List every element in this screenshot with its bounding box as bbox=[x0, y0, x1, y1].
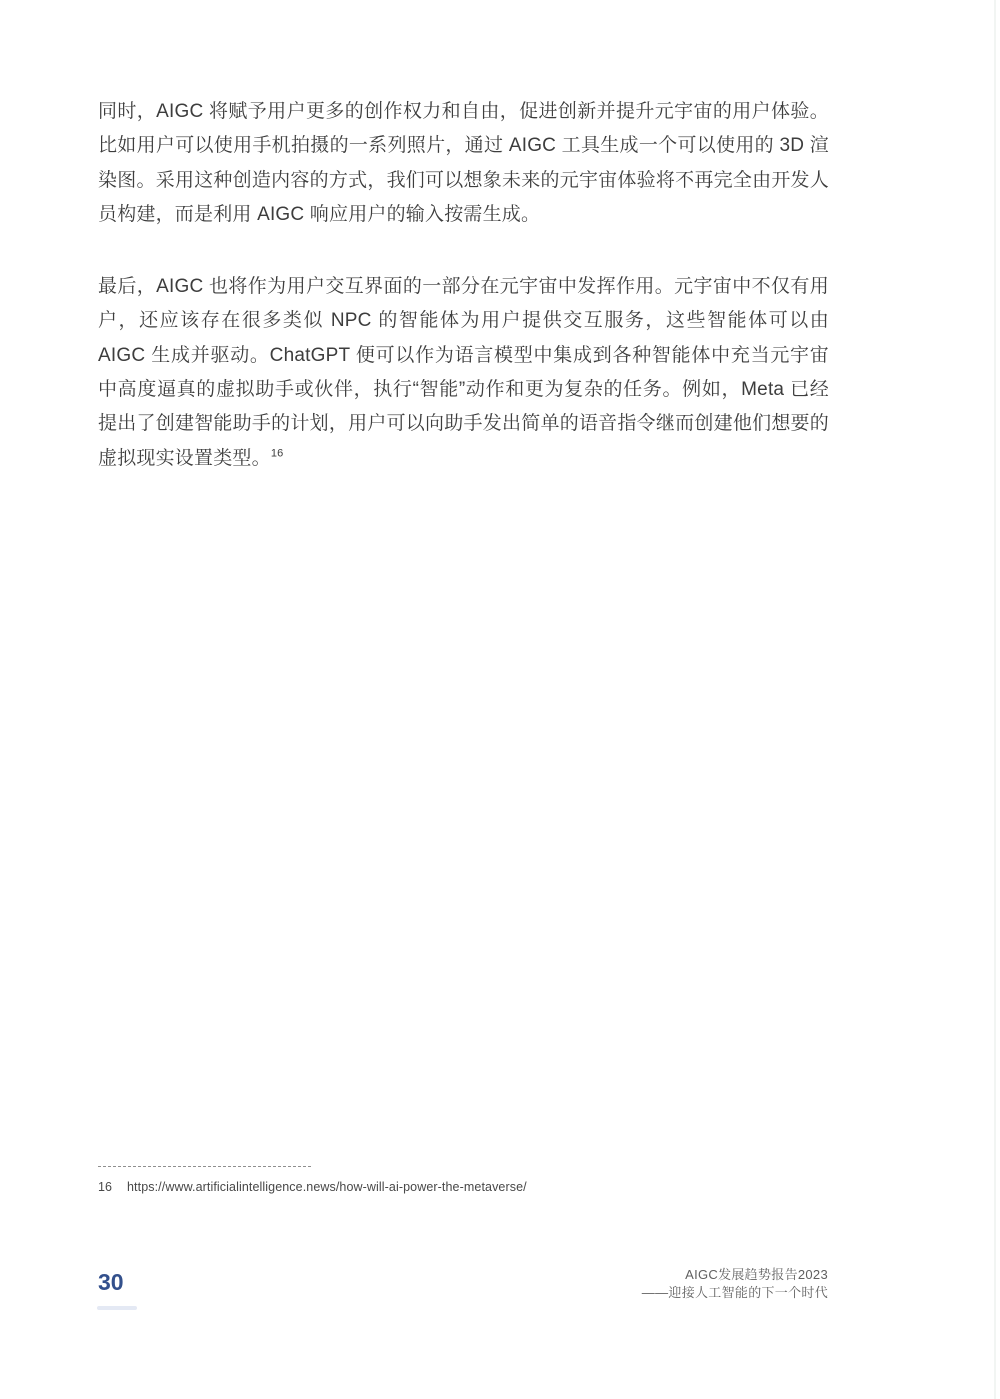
paragraph: 最后，AIGC 也将作为用户交互界面的一部分在元宇宙中发挥作用。元宇宙中不仅有用… bbox=[98, 270, 829, 476]
footer-report-title: AIGC发展趋势报告2023 bbox=[642, 1266, 828, 1284]
paragraph: 同时，AIGC 将赋予用户更多的创作权力和自由，促进创新并提升元宇宙的用户体验。… bbox=[98, 95, 829, 232]
paragraph-text: 同时，AIGC 将赋予用户更多的创作权力和自由，促进创新并提升元宇宙的用户体验。… bbox=[98, 101, 829, 225]
paragraph-text: 最后，AIGC 也将作为用户交互界面的一部分在元宇宙中发挥作用。元宇宙中不仅有用… bbox=[98, 276, 829, 468]
page-number-underline bbox=[97, 1306, 137, 1310]
footnote: 16https://www.artificialintelligence.new… bbox=[98, 1180, 527, 1194]
page-number: 30 bbox=[98, 1269, 124, 1296]
footnote-reference: 16 bbox=[271, 447, 284, 459]
footnote-number: 16 bbox=[98, 1180, 127, 1194]
document-page: 同时，AIGC 将赋予用户更多的创作权力和自由，促进创新并提升元宇宙的用户体验。… bbox=[0, 0, 1000, 1399]
page-right-edge bbox=[994, 0, 996, 1399]
footnote-separator-line bbox=[98, 1166, 311, 1167]
footnote-url[interactable]: https://www.artificialintelligence.news/… bbox=[127, 1180, 527, 1194]
footer-report-subtitle: ——迎接人工智能的下一个时代 bbox=[642, 1284, 828, 1302]
footer-report-info: AIGC发展趋势报告2023 ——迎接人工智能的下一个时代 bbox=[642, 1266, 828, 1301]
page-body-text: 同时，AIGC 将赋予用户更多的创作权力和自由，促进创新并提升元宇宙的用户体验。… bbox=[98, 95, 829, 514]
